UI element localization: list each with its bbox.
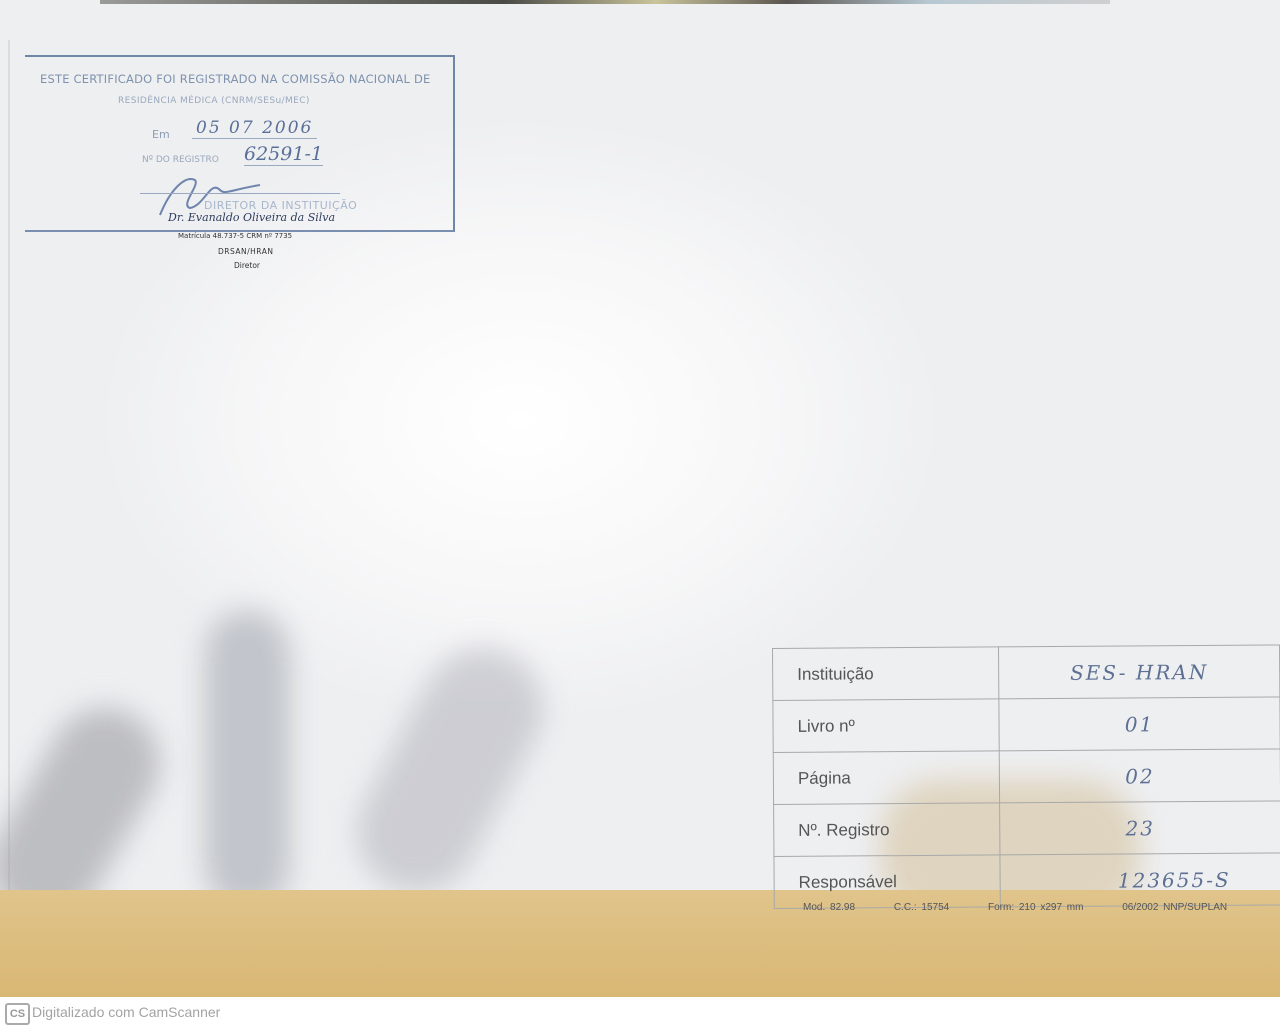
director-role: Diretor bbox=[234, 261, 260, 270]
stamp-date-label: Em bbox=[152, 128, 170, 141]
row-value: 123655-S bbox=[1000, 853, 1280, 907]
row-label: Nº. Registro bbox=[774, 803, 1000, 857]
stamp-date-value: 05 07 2006 bbox=[192, 118, 317, 139]
director-name: Dr. Evanaldo Oliveira da Silva bbox=[168, 211, 335, 224]
row-value: 02 bbox=[999, 749, 1280, 803]
row-value: 23 bbox=[1000, 801, 1280, 855]
camscanner-logo-icon: CS bbox=[5, 1003, 30, 1025]
row-value: SES- HRAN bbox=[998, 645, 1279, 699]
row-label: Livro nº bbox=[773, 699, 999, 753]
form-cc: C.C.: 15754 bbox=[894, 902, 949, 913]
table-row: Página 02 bbox=[773, 749, 1280, 805]
director-unit: DRSAN/HRAN bbox=[218, 247, 273, 256]
row-value: 01 bbox=[999, 697, 1280, 751]
top-edge-strip bbox=[100, 0, 1110, 4]
registry-table: Instituição SES- HRAN Livro nº 01 Página… bbox=[772, 644, 1280, 909]
director-registration: Matrícula 48.737-5 CRM nº 7735 bbox=[178, 232, 292, 240]
row-label: Página bbox=[773, 751, 999, 805]
table-row: Instituição SES- HRAN bbox=[773, 645, 1280, 701]
form-footer: Mod. 82.98 C.C.: 15754 Form: 210 x297 mm… bbox=[803, 902, 1261, 913]
stamp-subheading: RESIDÊNCIA MÉDICA (CNRM/SESu/MEC) bbox=[118, 96, 310, 106]
table-row: Responsável 123655-S bbox=[774, 853, 1280, 909]
form-edition: 06/2002 NNP/SUPLAN bbox=[1122, 902, 1227, 913]
table-row: Livro nº 01 bbox=[773, 697, 1280, 753]
signature-line bbox=[140, 193, 340, 194]
row-label: Instituição bbox=[773, 647, 999, 701]
hand-shadow bbox=[205, 610, 290, 910]
responsible-value: 123655-S bbox=[1118, 867, 1231, 892]
stamp-heading: ESTE CERTIFICADO FOI REGISTRADO NA COMIS… bbox=[40, 72, 440, 86]
form-model: Mod. 82.98 bbox=[803, 902, 855, 913]
scanned-page: ESTE CERTIFICADO FOI REGISTRADO NA COMIS… bbox=[0, 0, 1280, 997]
table-row: Nº. Registro 23 bbox=[774, 801, 1280, 857]
camscanner-watermark: Digitalizado com CamScanner bbox=[32, 1004, 220, 1020]
form-format: Form: 210 x297 mm bbox=[988, 902, 1083, 913]
row-label: Responsável bbox=[774, 855, 1000, 909]
hand-shadow bbox=[336, 627, 564, 913]
